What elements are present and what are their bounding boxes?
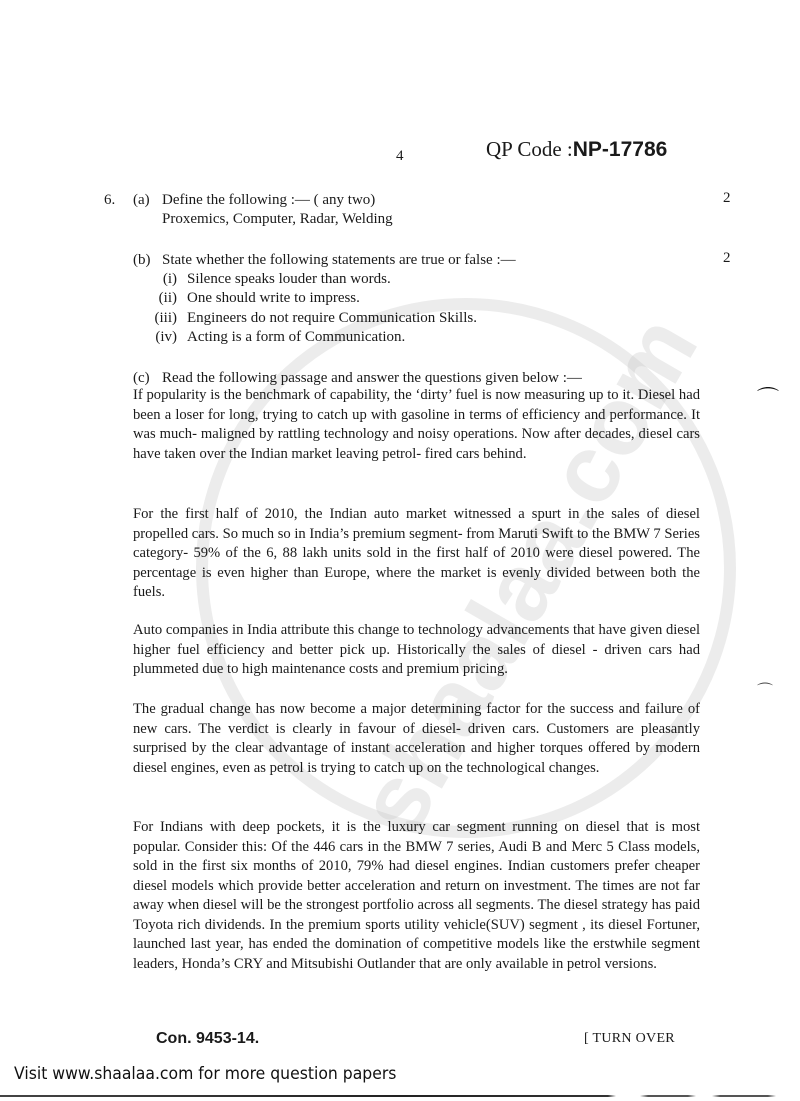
statement-item: (iii)Engineers do not require Communicat… (137, 310, 477, 327)
qp-code-header: QP Code :NP-17786 (486, 137, 667, 162)
part-b-prompt: State whether the following statements a… (162, 251, 516, 270)
statement-text: Acting is a form of Communication. (187, 329, 405, 345)
statement-item: (i)Silence speaks louder than words. (137, 271, 391, 288)
part-a-terms: Proxemics, Computer, Radar, Welding (162, 210, 393, 229)
part-a-marks: 2 (723, 190, 731, 207)
visit-website-banner: Visit www.shaalaa.com for more question … (14, 1064, 396, 1084)
con-code: Con. 9453-14. (156, 1030, 259, 1048)
passage-paragraph-5: For Indians with deep pockets, it is the… (133, 818, 700, 974)
bottom-rule (0, 1095, 800, 1097)
qp-code-label: QP Code : (486, 137, 573, 161)
statement-number: (ii) (137, 290, 177, 307)
part-a-label: (a) (133, 191, 150, 210)
part-a-prompt: Define the following :— ( any two) (162, 191, 375, 210)
statement-text: Engineers do not require Communication S… (187, 310, 477, 326)
part-b-label: (b) (133, 251, 151, 270)
passage-paragraph-1: If popularity is the benchmark of capabi… (133, 386, 700, 464)
qp-code-value: NP-17786 (573, 138, 668, 161)
question-number: 6. (104, 191, 115, 210)
passage-paragraph-2: For the first half of 2010, the Indian a… (133, 505, 700, 603)
statement-item: (ii)One should write to impress. (137, 290, 360, 307)
margin-scan-mark: ⌒ (757, 678, 773, 701)
statement-number: (i) (137, 271, 177, 288)
margin-scan-mark: ⌒ (757, 382, 779, 413)
part-b-marks: 2 (723, 250, 731, 267)
statement-number: (iv) (137, 329, 177, 346)
passage-paragraph-4: The gradual change has now become a majo… (133, 700, 700, 778)
statement-number: (iii) (137, 310, 177, 327)
passage-paragraph-3: Auto companies in India attribute this c… (133, 621, 700, 680)
page-number: 4 (396, 148, 404, 165)
statement-item: (iv)Acting is a form of Communication. (137, 329, 405, 346)
statement-text: One should write to impress. (187, 290, 360, 306)
statement-text: Silence speaks louder than words. (187, 271, 391, 287)
turn-over-label: [ TURN OVER (584, 1031, 675, 1047)
